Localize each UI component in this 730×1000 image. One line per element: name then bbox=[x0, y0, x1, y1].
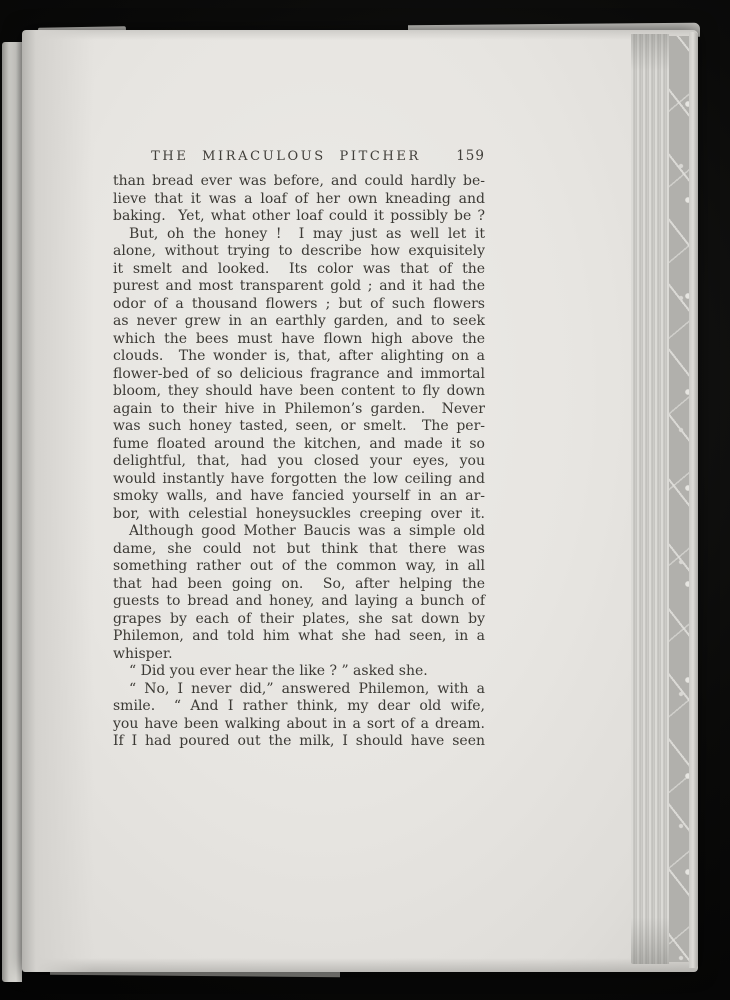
text-line: fume floated around the kitchen, and mad… bbox=[113, 436, 485, 454]
text-line: “ No, I never did,” answered Philemon, w… bbox=[113, 681, 485, 699]
page-number: 159 bbox=[425, 148, 485, 164]
text-line: whisper. bbox=[113, 646, 485, 664]
text-line: bloom, they should have been content to … bbox=[113, 383, 485, 401]
text-line: odor of a thousand flowers ; but of such… bbox=[113, 296, 485, 314]
text-line: it smelt and looked. Its color was that … bbox=[113, 261, 485, 279]
text-line: smile. “ And I rather think, my dear old… bbox=[113, 698, 485, 716]
book-page: THE MIRACULOUS PITCHER 159 than bread ev… bbox=[22, 30, 698, 972]
running-header: THE MIRACULOUS PITCHER 159 bbox=[113, 148, 485, 166]
page-title: THE MIRACULOUS PITCHER bbox=[113, 149, 425, 164]
text-line: bor, with celestial honeysuckles creepin… bbox=[113, 506, 485, 524]
text-line: lieve that it was a loaf of her own knea… bbox=[113, 191, 485, 209]
text-line: Although good Mother Baucis was a simple… bbox=[113, 523, 485, 541]
text-block: THE MIRACULOUS PITCHER 159 than bread ev… bbox=[113, 148, 485, 751]
photo-background: THE MIRACULOUS PITCHER 159 than bread ev… bbox=[0, 0, 730, 1000]
fore-edge-page-stack bbox=[631, 34, 669, 964]
text-line: clouds. The wonder is, that, after aligh… bbox=[113, 348, 485, 366]
text-line: purest and most transparent gold ; and i… bbox=[113, 278, 485, 296]
text-line: “ Did you ever hear the like ? ” asked s… bbox=[113, 663, 485, 681]
cover-pattern-edge bbox=[669, 36, 689, 962]
text-line: than bread ever was before, and could ha… bbox=[113, 173, 485, 191]
text-line: dame, she could not but think that there… bbox=[113, 541, 485, 559]
text-line: flower-bed of so delicious fragrance and… bbox=[113, 366, 485, 384]
text-line: that had been going on. So, after helpin… bbox=[113, 576, 485, 594]
cover-board-edge bbox=[689, 32, 698, 968]
text-line: grapes by each of their plates, she sat … bbox=[113, 611, 485, 629]
previous-pages-edge bbox=[2, 42, 22, 982]
text-line: you have been walking about in a sort of… bbox=[113, 716, 485, 734]
text-line: If I had poured out the milk, I should h… bbox=[113, 733, 485, 751]
body-text: than bread ever was before, and could ha… bbox=[113, 173, 485, 751]
text-line: baking. Yet, what other loaf could it po… bbox=[113, 208, 485, 226]
text-line: as never grew in an earthly garden, and … bbox=[113, 313, 485, 331]
text-line: again to their hive in Philemon’s garden… bbox=[113, 401, 485, 419]
text-line: guests to bread and honey, and laying a … bbox=[113, 593, 485, 611]
text-line: alone, without trying to describe how ex… bbox=[113, 243, 485, 261]
text-line: was such honey tasted, seen, or smelt. T… bbox=[113, 418, 485, 436]
text-line: delightful, that, had you closed your ey… bbox=[113, 453, 485, 471]
text-line: which the bees must have flown high abov… bbox=[113, 331, 485, 349]
text-line: Philemon, and told him what she had seen… bbox=[113, 628, 485, 646]
text-line: But, oh the honey ! I may just as well l… bbox=[113, 226, 485, 244]
text-line: would instantly have forgotten the low c… bbox=[113, 471, 485, 489]
text-line: smoky walls, and have fancied yourself i… bbox=[113, 488, 485, 506]
text-line: something rather out of the common way, … bbox=[113, 558, 485, 576]
